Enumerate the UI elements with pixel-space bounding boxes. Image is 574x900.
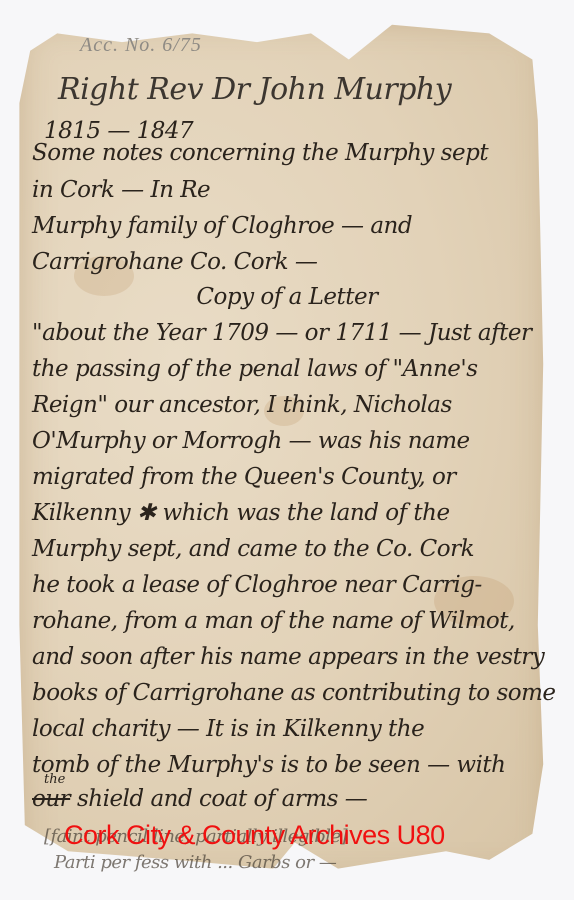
text-line: Reign" our ancestor, I think, Nicholas <box>32 392 452 418</box>
text-line: Murphy sept, and came to the Co. Cork <box>32 536 474 562</box>
insertion-word: the <box>44 772 65 787</box>
text-line: tomb of the Murphy's is to be seen — wit… <box>32 752 505 778</box>
footer-pencil-line: Parti per fess with ... Garbs or — <box>54 852 336 873</box>
struck-word: our <box>32 786 70 812</box>
text-line: books of Carrigrohane as contributing to… <box>32 680 556 706</box>
text-line: Murphy family of Cloghroe — and <box>32 213 412 239</box>
accession-number: Acc. No. 6/75 <box>80 34 202 57</box>
text-line: migrated from the Queen's County, or <box>32 464 456 490</box>
text-line: he took a lease of Cloghroe near Carrig- <box>32 572 482 598</box>
text-line: Some notes concerning the Murphy sept <box>32 140 488 166</box>
text-line: Kilkenny ✱ which was the land of the <box>32 500 450 526</box>
text-line: and soon after his name appears in the v… <box>32 644 544 670</box>
text-line: "about the Year 1709 — or 1711 — Just af… <box>32 320 531 346</box>
text-line: O'Murphy or Morrogh — was his name <box>32 428 470 454</box>
text-line: the passing of the penal laws of "Anne's <box>32 356 478 382</box>
letter-subtitle: Copy of a Letter <box>0 284 574 310</box>
text-line: local charity — It is in Kilkenny the <box>32 716 424 742</box>
text-line: in Cork — In Re <box>32 177 210 203</box>
text-line-content: shield and coat of arms — <box>77 786 367 812</box>
text-line: Carrigrohane Co. Cork — <box>32 249 317 275</box>
text-line-final: our shield and coat of arms — <box>32 786 367 812</box>
archive-watermark: Cork City & County Archives U80 <box>64 820 445 851</box>
text-line: rohane, from a man of the name of Wilmot… <box>32 608 515 634</box>
document-heading: Right Rev Dr John Murphy <box>58 72 451 107</box>
